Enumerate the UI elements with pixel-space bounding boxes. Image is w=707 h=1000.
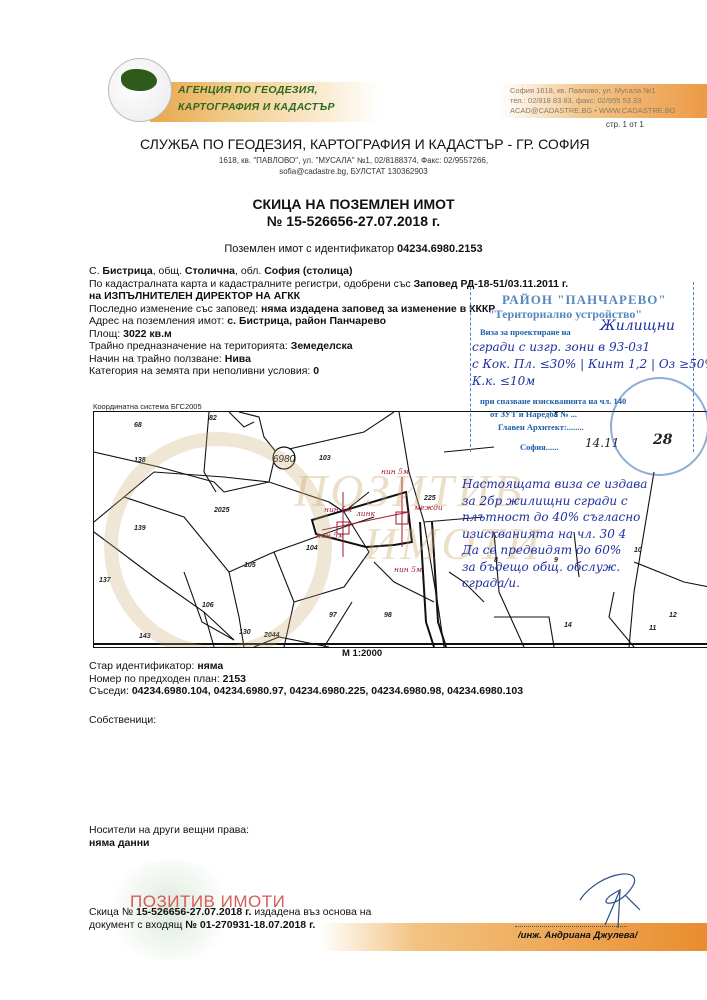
handwritten-parameters: с Кок. Пл. ≤30% | Кинт 1,2 | Оз ≥50%: [472, 357, 707, 371]
parcel-label: 11: [649, 625, 656, 632]
category-value: 0: [313, 365, 319, 377]
approval-stamp: РАЙОН "ПАНЧАРЕВО" "Териториално устройст…: [470, 282, 698, 462]
page-number: стр. 1 от 1: [606, 120, 644, 129]
contact-line-1: София 1618, кв. Павлово, ул. Мусала №1: [510, 86, 676, 96]
parcel-label: 14: [564, 622, 572, 629]
old-id-label: Стар идентификатор:: [89, 660, 194, 672]
issued-mid: издадена въз основа на: [254, 906, 371, 918]
identifier-label: Поземлен имот с идентификатор: [224, 243, 394, 255]
prev-plan-line: Номер по предходен план: 2153: [89, 673, 523, 686]
handwritten-building-type: Жилищни: [600, 318, 675, 334]
last-change-label: Последно изменение със заповед:: [89, 303, 258, 315]
note-line: Да се предвидят до 60%: [462, 542, 647, 559]
parcel-label: 68: [134, 422, 142, 429]
parcel-label: 98: [384, 612, 392, 619]
note-line: Настоящата виза се издава: [462, 476, 647, 493]
neighbors-line: Съседи: 04234.6980.104, 04234.6980.97, 0…: [89, 685, 523, 698]
purpose-value: Земеделска: [291, 340, 353, 352]
other-rights-block: Носители на други вещни права: няма данн…: [89, 824, 249, 849]
doc-prefix: документ с входящ: [89, 919, 182, 931]
document-title: СКИЦА НА ПОЗЕМЛЕН ИМОТ: [0, 196, 707, 212]
agency-line-1: АГЕНЦИЯ ПО ГЕОДЕЗИЯ,: [178, 82, 335, 99]
office-title: СЛУЖБА ПО ГЕОДЕЗИЯ, КАРТОГРАФИЯ И КАДАСТ…: [140, 136, 590, 152]
agency-name: АГЕНЦИЯ ПО ГЕОДЕЗИЯ, КАРТОГРАФИЯ И КАДАС…: [178, 82, 335, 116]
note-line: за бъдещо общ. обслуж.: [462, 559, 647, 576]
municipality: Столична: [185, 265, 235, 277]
note-line: за 2бр жилищни сгради с: [462, 493, 647, 510]
office-address: 1618, кв. "ПАВЛОВО", ул. "МУСАЛА" №1, 02…: [0, 155, 707, 166]
parcel-label: 97: [329, 612, 338, 619]
identifier-line: Поземлен имот с идентификатор 04234.6980…: [0, 243, 707, 255]
municipality-prefix: , общ.: [153, 265, 182, 277]
contact-line-2: тел.: 02/818 83 83, факс: 02/955 53 33: [510, 96, 676, 106]
issuer: на ИЗПЪЛНИТЕЛЕН ДИРЕКТОР НА АГКК: [89, 290, 300, 302]
neighbors-value: 04234.6980.104, 04234.6980.97, 04234.698…: [132, 685, 523, 697]
office-contact: sofia@cadastre.bg, БУЛСТАТ 130362903: [0, 166, 707, 177]
old-id-value: няма: [197, 660, 223, 672]
prev-plan-value: 2153: [223, 673, 246, 685]
issued-number: 15-526656-27.07.2018 г.: [136, 906, 251, 918]
address-label: Адрес на поземления имот:: [89, 315, 224, 327]
handwritten-note: Настоящата виза се издаваза 2бр жилищни …: [462, 476, 647, 592]
coordinate-system: Координатна система БГС2005: [93, 402, 202, 411]
footer-fields: Стар идентификатор: няма Номер по предхо…: [89, 660, 523, 698]
signature-icon: [570, 860, 660, 930]
stamp-visa-label: Виза за проектиране на: [480, 327, 571, 337]
note-line: плътност до 40% съгласно: [462, 509, 647, 526]
old-id-line: Стар идентификатор: няма: [89, 660, 523, 673]
area-label: Площ:: [89, 328, 120, 340]
address-value: с. Бистрица, район Панчарево: [227, 315, 386, 327]
prev-plan-label: Номер по предходен план:: [89, 673, 220, 685]
location-line: С. Бистрица, общ. Столична, обл. София (…: [89, 265, 568, 278]
note-line: сграда/и.: [462, 575, 647, 592]
area-value: 3022 кв.м: [123, 328, 172, 340]
stamp-city: София......: [520, 442, 559, 452]
handwritten-zone: сгради с изгр. зони в 93-0з1: [472, 340, 650, 354]
handwritten-height: К.к. ≤10м: [472, 374, 535, 388]
parcel-label: 103: [319, 455, 331, 462]
agency-line-2: КАРТОГРАФИЯ И КАДАСТЪР: [178, 99, 335, 116]
map-scale: М 1:2000: [342, 648, 382, 659]
note-line: изискванията на чл. 30 4: [462, 526, 647, 543]
identifier-value: 04234.6980.2153: [397, 243, 483, 255]
last-change-value: няма издадена заповед за изменение в ККК…: [261, 303, 495, 315]
region: София (столица): [264, 265, 352, 277]
other-rights-value: няма данни: [89, 837, 150, 849]
owners-label: Собственици:: [89, 714, 156, 727]
usage-value: Нива: [225, 353, 251, 365]
contact-line-3: ACAD@CADASTRE.BG • WWW.CADASTRE.BG: [510, 106, 676, 116]
document-number: № 15-526656-27.07.2018 г.: [0, 213, 707, 229]
category-label: Категория на земята при неполивни услови…: [89, 365, 310, 377]
watermark-ring: [104, 432, 332, 648]
bulgaria-map-icon: [121, 69, 157, 91]
stamp-chief-architect: Главен Архитект:........: [498, 422, 584, 432]
issued-prefix: Скица №: [89, 906, 133, 918]
stamp-district: РАЙОН "ПАНЧАРЕВО": [502, 292, 667, 308]
village: Бистрица: [102, 265, 152, 277]
neighbors-label: Съседи:: [89, 685, 129, 697]
purpose-label: Трайно предназначение на територията:: [89, 340, 288, 352]
agency-contact: София 1618, кв. Павлово, ул. Мусала №1 т…: [510, 86, 676, 116]
village-prefix: С.: [89, 265, 100, 277]
signature-line: [515, 926, 627, 927]
stamp-law: от ЗУТ и Наредба № ...: [490, 409, 577, 419]
signer-name: /инж. Андриана Джулева/: [518, 930, 637, 941]
map-approval-text: По кадастралната карта и кадастралните р…: [89, 278, 411, 290]
globe-logo-icon: [108, 58, 172, 122]
region-prefix: , обл.: [235, 265, 261, 277]
usage-label: Начин на трайно ползване:: [89, 353, 222, 365]
doc-number: № 01-270931-18.07.2018 г.: [185, 919, 315, 931]
round-seal-icon: [610, 377, 707, 476]
issued-line: Скица № 15-526656-27.07.2018 г. издадена…: [89, 906, 371, 919]
stamp-compliance: при спазване изискванията на чл. 140: [480, 396, 626, 406]
parcel-label: 82: [209, 415, 217, 422]
other-rights-label: Носители на други вещни права:: [89, 824, 249, 837]
parcel-label: 12: [669, 612, 677, 619]
